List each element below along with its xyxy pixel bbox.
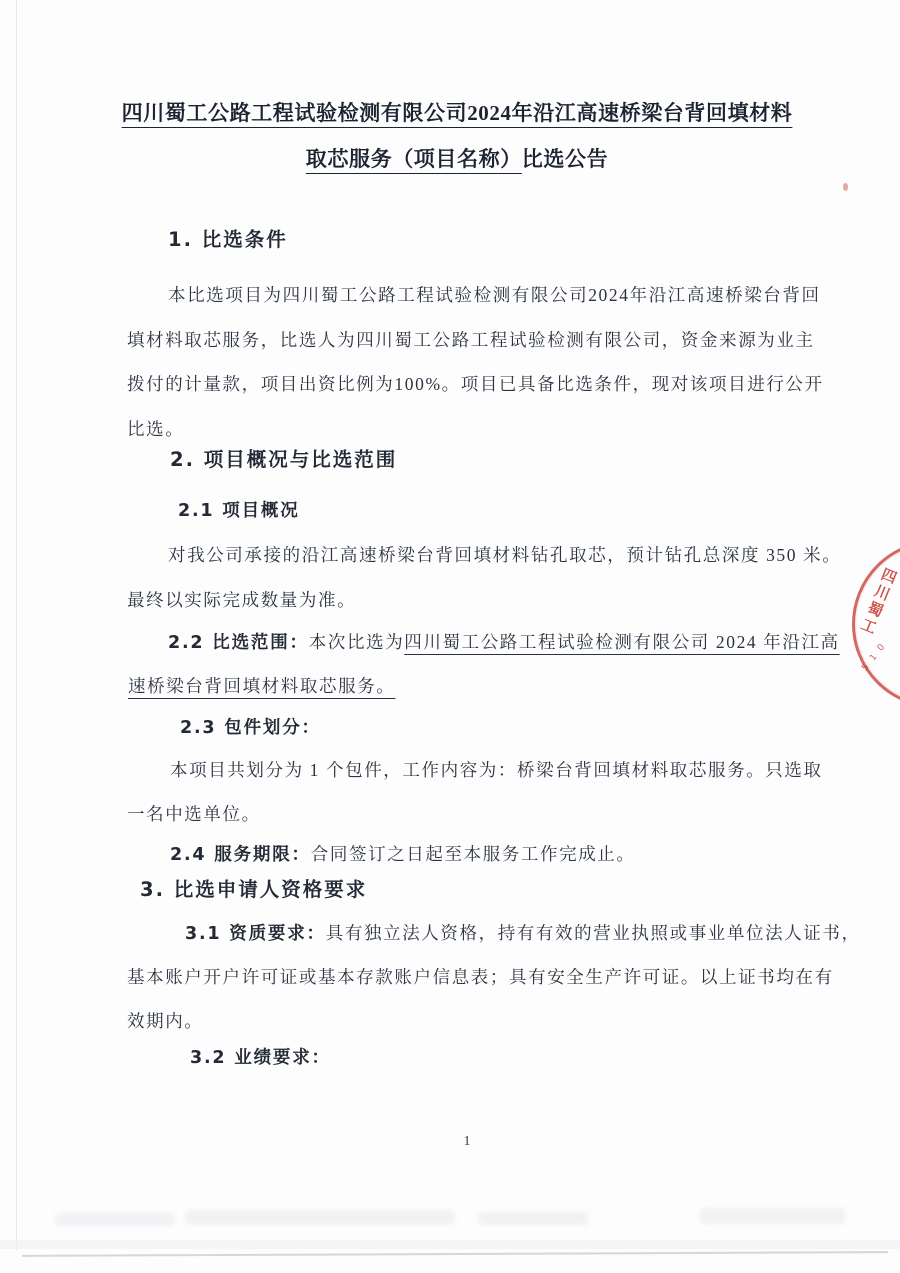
paragraph-line: 本项目共划分为 1 个包件，工作内容为：桥梁台背回填材料取芯服务。只选取 xyxy=(170,757,823,782)
paragraph-line: 基本账户开户许可证或基本存款账户信息表；具有安全生产许可证。以上证书均在有 xyxy=(127,964,834,989)
bleedthrough-artifact xyxy=(478,1212,588,1225)
bleedthrough-artifact xyxy=(55,1213,175,1226)
section-3-1-text: 具有独立法人资格，持有有效的营业执照或事业单位法人证书， xyxy=(326,923,861,943)
page-number: 1 xyxy=(0,1134,900,1150)
section-2-1-heading: 2.1 项目概况 xyxy=(178,497,300,522)
section-2-2-text: 本次比选为 xyxy=(309,632,405,652)
scan-bottom-edge xyxy=(22,1251,888,1257)
scan-bottom-band xyxy=(0,1240,900,1249)
paragraph-line: 一名中选单位。 xyxy=(127,801,261,826)
title-underlined-text: 取芯服务（项目名称） xyxy=(306,147,522,171)
seal-registration-digits: 5 1 0 xyxy=(860,641,888,673)
document-title-line2: 取芯服务（项目名称）比选公告 xyxy=(0,143,900,173)
section-1-heading: 1. 比选条件 xyxy=(168,224,288,252)
paragraph-line: 拨付的计量款，项目出资比例为100%。项目已具备比选条件，现对该项目进行公开 xyxy=(127,371,824,396)
section-2-2-underlined: 速桥梁台背回填材料取芯服务。 xyxy=(128,676,395,696)
section-2-3-heading: 2.3 包件划分： xyxy=(180,714,321,739)
section-2-2-line: 速桥梁台背回填材料取芯服务。 xyxy=(128,673,395,698)
section-2-heading: 2. 项目概况与比选范围 xyxy=(170,444,397,472)
paragraph-line: 最终以实际完成数量为准。 xyxy=(127,587,356,612)
section-3-2-heading: 3.2 业绩要求： xyxy=(190,1044,331,1069)
seal-company-name: 四川蜀工 xyxy=(855,565,900,640)
scanned-document-page: 四川蜀工公路工程试验检测有限公司2024年沿江高速桥梁台背回填材料 取芯服务（项… xyxy=(0,0,900,1273)
section-2-2-line: 2.2 比选范围：本次比选为四川蜀工公路工程试验检测有限公司 2024 年沿江高 xyxy=(168,629,840,654)
section-3-1-label: 3.1 资质要求： xyxy=(185,924,326,944)
section-2-4-text: 合同签订之日起至本服务工作完成止。 xyxy=(311,844,636,864)
bleedthrough-artifact xyxy=(185,1210,455,1225)
bleedthrough-artifact xyxy=(700,1208,845,1224)
paragraph-line: 比选。 xyxy=(127,416,184,441)
paragraph-line: 效期内。 xyxy=(127,1008,203,1033)
seal-ring xyxy=(852,540,900,708)
document-title-line1: 四川蜀工公路工程试验检测有限公司2024年沿江高速桥梁台背回填材料 xyxy=(0,97,900,127)
section-3-heading: 3. 比选申请人资格要求 xyxy=(140,874,367,902)
scan-left-edge xyxy=(16,0,17,1250)
title-plain-text: 比选公告 xyxy=(522,147,608,171)
section-2-2-underlined: 四川蜀工公路工程试验检测有限公司 2024 年沿江高 xyxy=(404,632,839,652)
paragraph-line: 填材料取芯服务，比选人为四川蜀工公路工程试验检测有限公司，资金来源为业主 xyxy=(127,327,815,352)
section-3-1-line: 3.1 资质要求：具有独立法人资格，持有有效的营业执照或事业单位法人证书， xyxy=(185,920,861,945)
title-underlined-text: 四川蜀工公路工程试验检测有限公司2024年沿江高速桥梁台背回填材料 xyxy=(122,101,793,125)
section-2-4-label: 2.4 服务期限： xyxy=(170,845,311,865)
red-ink-speck xyxy=(843,183,848,191)
paragraph-line: 本比选项目为四川蜀工公路工程试验检测有限公司2024年沿江高速桥梁台背回 xyxy=(168,282,821,307)
section-2-2-label: 2.2 比选范围： xyxy=(168,633,309,653)
section-2-4-line: 2.4 服务期限：合同签订之日起至本服务工作完成止。 xyxy=(170,841,636,866)
paragraph-line: 对我公司承接的沿江高速桥梁台背回填材料钻孔取芯，预计钻孔总深度 350 米。 xyxy=(168,542,841,567)
company-seal: 四川蜀工 5 1 0 xyxy=(852,540,900,708)
